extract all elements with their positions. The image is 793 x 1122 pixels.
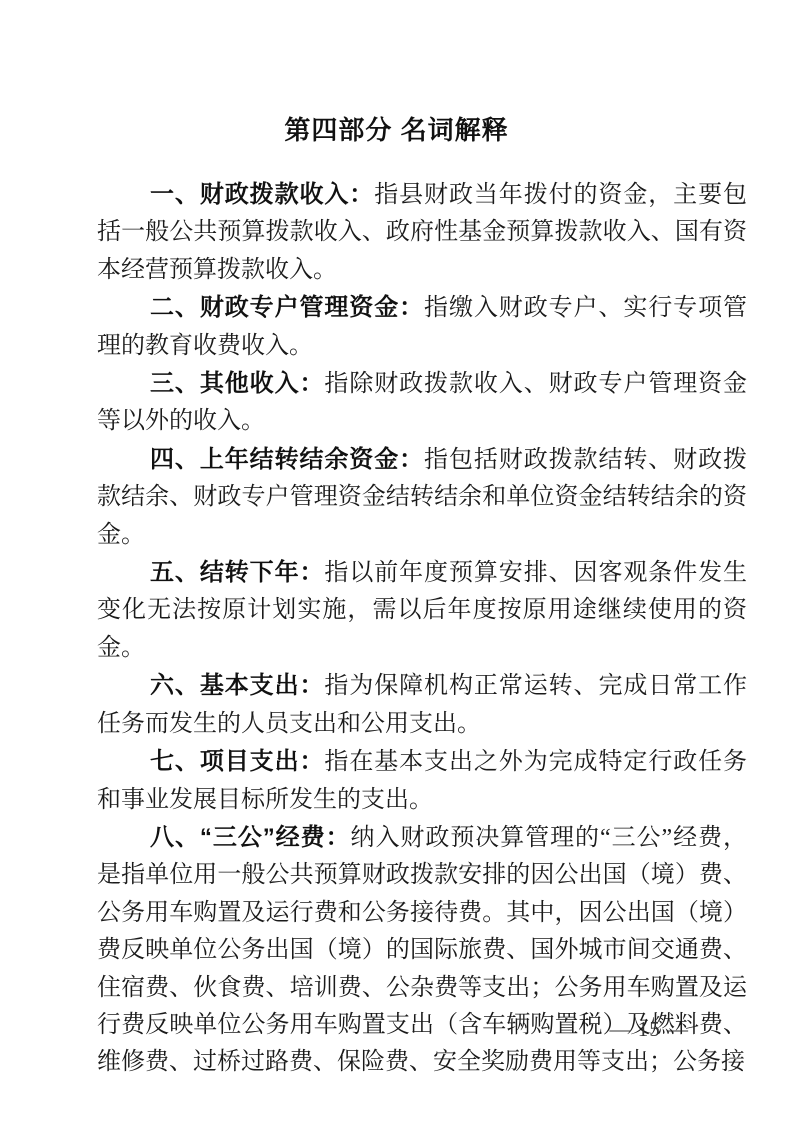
term-label-8: 八、“三公”经费： (150, 824, 351, 851)
document-page: 第四部分 名词解释 一、财政拨款收入：指县财政当年拨付的资金，主要包括一般公共预… (0, 0, 793, 1122)
term-label-5: 五、结转下年： (150, 559, 324, 586)
term-label-4: 四、上年结转结余资金： (150, 446, 424, 473)
document-body: 一、财政拨款收入：指县财政当年拨付的资金，主要包括一般公共预算拨款收入、政府性基… (97, 176, 747, 1082)
definition-paragraph-1: 一、财政拨款收入：指县财政当年拨付的资金，主要包括一般公共预算拨款收入、政府性基… (97, 176, 747, 289)
term-label-1: 一、财政拨款收入： (150, 181, 374, 208)
term-label-3: 三、其他收入： (150, 370, 324, 397)
page-number: — 15 — (610, 1017, 690, 1041)
definition-paragraph-2: 二、财政专户管理资金：指缴入财政专户、实行专项管理的教育收费收入。 (97, 289, 747, 365)
definition-paragraph-5: 五、结转下年：指以前年度预算安排、因客观条件发生变化无法按原计划实施，需以后年度… (97, 554, 747, 667)
term-label-7: 七、项目支出： (150, 748, 324, 775)
term-label-2: 二、财政专户管理资金： (150, 294, 424, 321)
term-label-6: 六、基本支出： (150, 672, 324, 699)
definition-paragraph-7: 七、项目支出：指在基本支出之外为完成特定行政任务和事业发展目标所发生的支出。 (97, 743, 747, 819)
definition-paragraph-3: 三、其他收入：指除财政拨款收入、财政专户管理资金等以外的收入。 (97, 365, 747, 441)
page-title: 第四部分 名词解释 (0, 112, 793, 148)
page-footer: — 15 — (610, 1014, 690, 1044)
definition-paragraph-4: 四、上年结转结余资金：指包括财政拨款结转、财政拨款结余、财政专户管理资金结转结余… (97, 441, 747, 554)
definition-paragraph-6: 六、基本支出：指为保障机构正常运转、完成日常工作任务而发生的人员支出和公用支出。 (97, 667, 747, 743)
